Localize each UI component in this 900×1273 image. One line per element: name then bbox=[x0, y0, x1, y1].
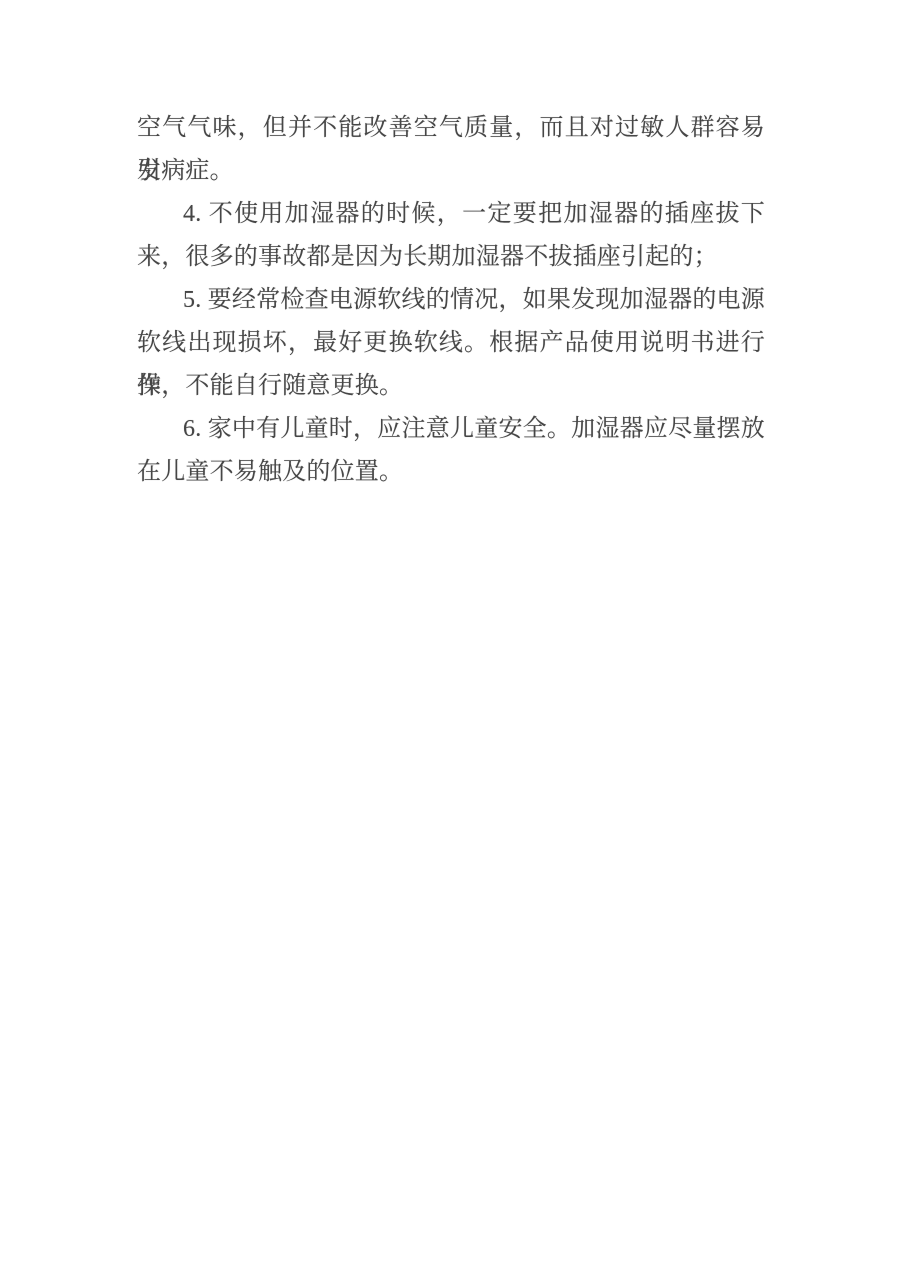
text-line: 4. 不使用加湿器的时候，一定要把加湿器的插座拔下 bbox=[137, 193, 765, 236]
document-page: 空气气味，但并不能改善空气质量，而且对过敏人群容易引发病症。4. 不使用加湿器的… bbox=[0, 0, 900, 1273]
text-line: 5. 要经常检查电源软线的情况，如果发现加湿器的电源 bbox=[137, 279, 765, 322]
text-line: 来，很多的事故都是因为长期加湿器不拔插座引起的； bbox=[137, 236, 765, 279]
text-line: 作，不能自行随意更换。 bbox=[137, 365, 765, 408]
text-block: 空气气味，但并不能改善空气质量，而且对过敏人群容易引发病症。4. 不使用加湿器的… bbox=[137, 107, 765, 494]
text-line: 空气气味，但并不能改善空气质量，而且对过敏人群容易引 bbox=[137, 107, 765, 150]
text-line: 软线出现损坏，最好更换软线。根据产品使用说明书进行操 bbox=[137, 322, 765, 365]
text-line: 发病症。 bbox=[137, 150, 765, 193]
text-line: 在儿童不易触及的位置。 bbox=[137, 451, 765, 494]
text-line: 6. 家中有儿童时，应注意儿童安全。加湿器应尽量摆放 bbox=[137, 408, 765, 451]
